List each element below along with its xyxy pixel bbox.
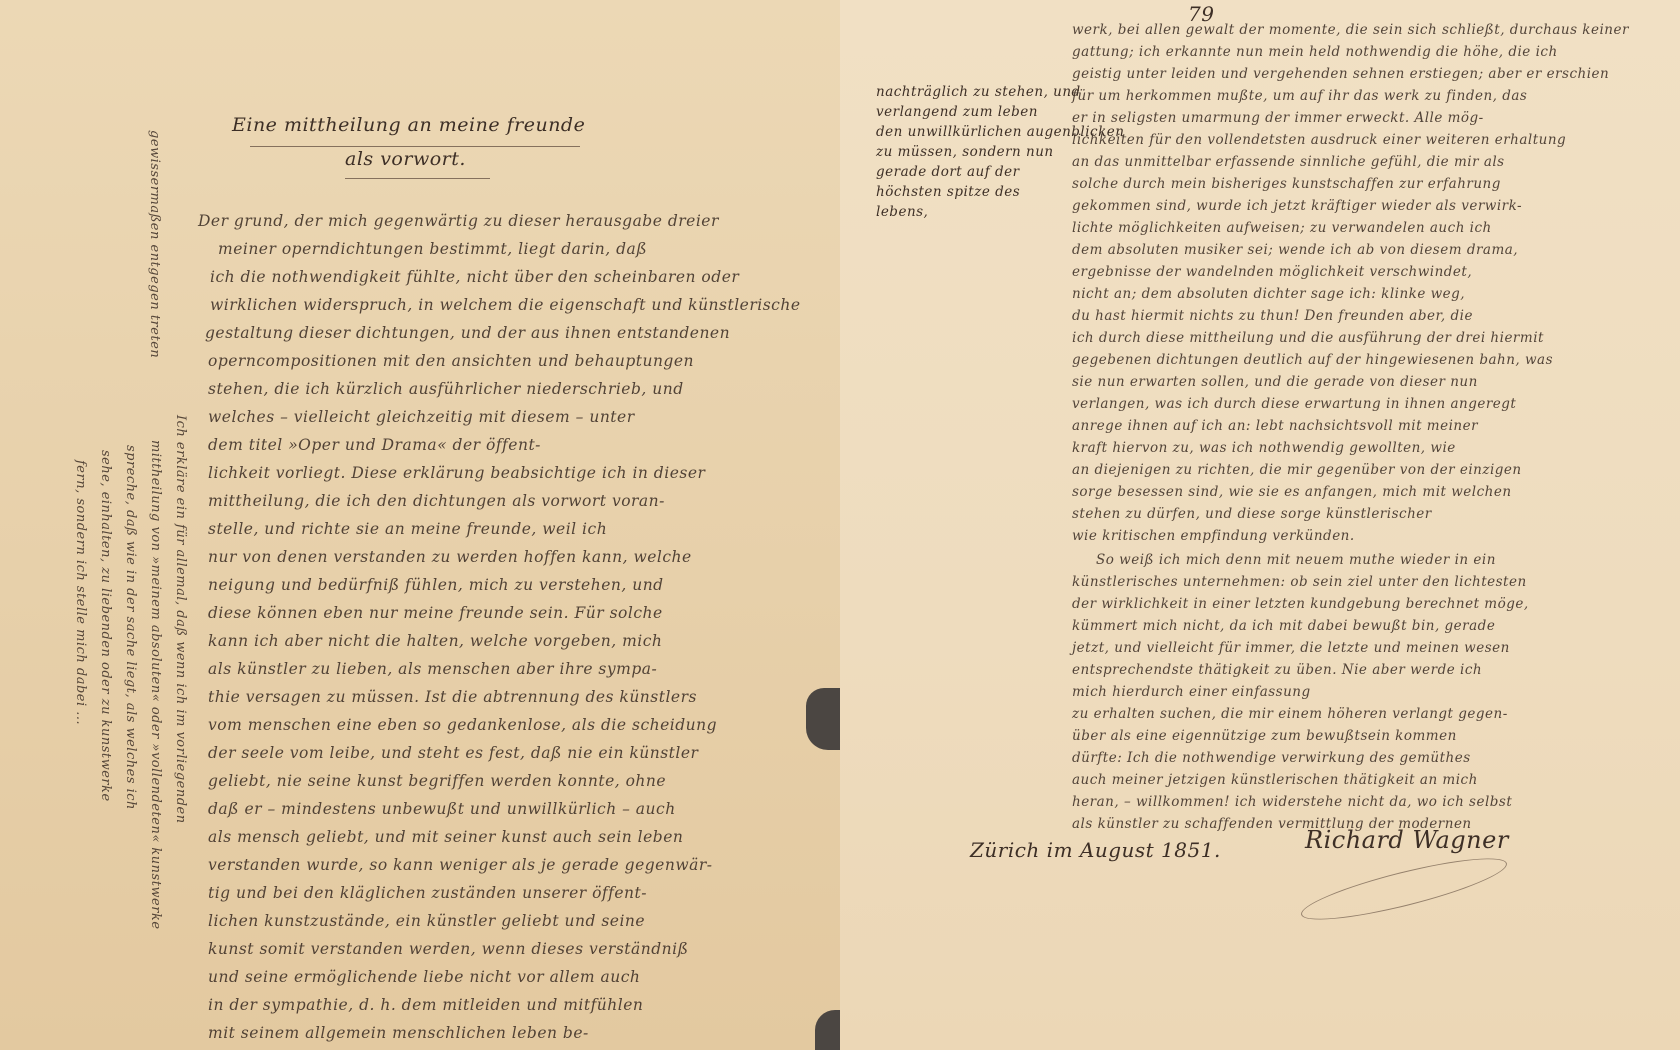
body-line: stehen, die ich kürzlich ausführlicher n… — [208, 380, 684, 398]
body-line: und seine ermöglichende liebe nicht vor … — [208, 968, 640, 986]
body-line: lichte möglichkeiten aufweisen; zu verwa… — [1072, 220, 1492, 236]
margin-note-line: spreche, daß wie in der sache liegt, als… — [123, 445, 138, 810]
torn-edge — [806, 688, 840, 750]
body-line: geistig unter leiden und vergehenden seh… — [1072, 66, 1609, 82]
body-line: wie kritischen empfindung verkünden. — [1072, 528, 1355, 544]
body-line: über als eine eigennützige zum bewußtsei… — [1072, 728, 1457, 744]
body-line: gegebenen dichtungen deutlich auf der hi… — [1072, 352, 1553, 368]
body-line: sorge besessen sind, wie sie es anfangen… — [1072, 484, 1512, 500]
body-line: operncompositionen mit den ansichten und… — [208, 352, 694, 370]
body-line: geliebt, nie seine kunst begriffen werde… — [208, 772, 666, 790]
body-line: er in seligsten umarmung der immer erwec… — [1072, 110, 1484, 126]
margin-note-line: lebens, — [876, 204, 928, 220]
body-line: als mensch geliebt, und mit seiner kunst… — [208, 828, 683, 846]
signature-flourish — [1297, 847, 1511, 931]
heading-underline-2 — [345, 178, 490, 179]
body-line: So weiß ich mich denn mit neuem muthe wi… — [1096, 552, 1496, 568]
body-line: heran, – willkommen! ich widerstehe nich… — [1072, 794, 1512, 810]
body-line: vom menschen eine eben so gedankenlose, … — [208, 716, 717, 734]
body-line: lichkeit vorliegt. Diese erklärung beabs… — [208, 464, 705, 482]
body-line: verlangen, was ich durch diese erwartung… — [1072, 396, 1516, 412]
body-line: gekommen sind, wurde ich jetzt kräftiger… — [1072, 198, 1522, 214]
manuscript-page-right: 79 nachträglich zu stehen, und verlangen… — [840, 0, 1680, 1050]
body-line: stehen zu dürfen, und diese sorge künstl… — [1072, 506, 1432, 522]
body-line: mit seinem allgemein menschlichen leben … — [208, 1024, 589, 1042]
margin-note-line: sehe, einhalten, zu liebenden oder zu ku… — [98, 450, 113, 802]
body-line: mittheilung, die ich den dichtungen als … — [208, 492, 665, 510]
body-line: wirklichen widerspruch, in welchem die e… — [210, 296, 801, 314]
body-line: welches – vielleicht gleichzeitig mit di… — [208, 408, 635, 426]
body-line: dem absoluten musiker sei; wende ich ab … — [1072, 242, 1518, 258]
body-line: kümmert mich nicht, da ich mit dabei bew… — [1072, 618, 1495, 634]
body-line: dürfte: Ich die nothwendige verwirkung d… — [1072, 750, 1471, 766]
body-line: an das unmittelbar erfassende sinnliche … — [1072, 154, 1505, 170]
body-line: an diejenigen zu richten, die mir gegenü… — [1072, 462, 1522, 478]
signature: Richard Wagner — [1305, 826, 1509, 854]
margin-note-line: gerade dort auf der — [876, 164, 1020, 180]
body-line: gestaltung dieser dichtungen, und der au… — [205, 324, 730, 342]
body-line: werk, bei allen gewalt der momente, die … — [1072, 22, 1629, 38]
closing-place-date: Zürich im August 1851. — [970, 838, 1221, 862]
body-line: lichkeiten für den vollendetsten ausdruc… — [1072, 132, 1566, 148]
body-line: solche durch mein bisheriges kunstschaff… — [1072, 176, 1501, 192]
body-line: lichen kunstzustände, ein künstler gelie… — [208, 912, 645, 930]
body-line: daß er – mindestens unbewußt und unwillk… — [208, 800, 676, 818]
manuscript-page-left: Eine mittheilung an meine freunde als vo… — [0, 0, 840, 1050]
body-line: ergebnisse der wandelnden möglichkeit ve… — [1072, 264, 1472, 280]
margin-note-line: zu müssen, sondern nun — [876, 144, 1054, 160]
margin-note-line: fern, sondern ich stelle mich dabei ... — [73, 460, 88, 725]
torn-edge — [815, 1010, 840, 1050]
body-line: diese können eben nur meine freunde sein… — [208, 604, 663, 622]
body-line: kann ich aber nicht die halten, welche v… — [208, 632, 662, 650]
body-line: nur von denen verstanden zu werden hoffe… — [208, 548, 692, 566]
body-line: tig und bei den kläglichen zuständen uns… — [208, 884, 647, 902]
body-line: thie versagen zu müssen. Ist die abtrenn… — [208, 688, 697, 706]
body-line: zu erhalten suchen, die mir einem höhere… — [1072, 706, 1508, 722]
body-line: Der grund, der mich gegenwärtig zu diese… — [198, 212, 719, 230]
body-line: ich durch diese mittheilung und die ausf… — [1072, 330, 1544, 346]
body-line: für um herkommen mußte, um auf ihr das w… — [1072, 88, 1527, 104]
body-line: kraft hiervon zu, was ich nothwendig gew… — [1072, 440, 1456, 456]
body-line: ich die nothwendigkeit fühlte, nicht übe… — [210, 268, 739, 286]
margin-note-line: nachträglich zu stehen, und — [876, 84, 1081, 100]
body-line: meiner operndichtungen bestimmt, liegt d… — [218, 240, 647, 258]
heading-underline-1 — [250, 146, 580, 147]
body-line: mich hierdurch einer einfassung — [1072, 684, 1311, 700]
body-line: der seele vom leibe, und steht es fest, … — [208, 744, 698, 762]
margin-note-line: mittheilung von »meinem absoluten« oder … — [148, 440, 163, 930]
body-line: stelle, und richte sie an meine freunde,… — [208, 520, 607, 538]
body-line: in der sympathie, d. h. dem mitleiden un… — [208, 996, 643, 1014]
body-line: jetzt, und vielleicht für immer, die let… — [1072, 640, 1510, 656]
body-line: auch meiner jetzigen künstlerischen thät… — [1072, 772, 1478, 788]
body-line: du hast hiermit nichts zu thun! Den freu… — [1072, 308, 1473, 324]
body-line: kunst somit verstanden werden, wenn dies… — [208, 940, 688, 958]
body-line: anrege ihnen auf ich an: lebt nachsichts… — [1072, 418, 1478, 434]
body-line: neigung und bedürfniß fühlen, mich zu ve… — [208, 576, 664, 594]
heading-line-1: Eine mittheilung an meine freunde — [232, 114, 585, 136]
body-line: der wirklichkeit in einer letzten kundge… — [1072, 596, 1529, 612]
margin-note-line: verlangend zum leben — [876, 104, 1038, 120]
body-line: entsprechendste thätigkeit zu üben. Nie … — [1072, 662, 1482, 678]
margin-note-outer: gewissermaßen entgegen treten — [147, 130, 162, 358]
body-line: verstanden wurde, so kann weniger als je… — [208, 856, 713, 874]
body-line: als künstler zu lieben, als menschen abe… — [208, 660, 657, 678]
body-line: gattung; ich erkannte nun mein held noth… — [1072, 44, 1558, 60]
body-line: dem titel »Oper und Drama« der öffent- — [208, 436, 541, 454]
body-line: sie nun erwarten sollen, und die gerade … — [1072, 374, 1478, 390]
margin-note-line: höchsten spitze des — [876, 184, 1020, 200]
body-line: künstlerisches unternehmen: ob sein ziel… — [1072, 574, 1527, 590]
heading-line-2: als vorwort. — [345, 148, 466, 170]
margin-note-line: Ich erkläre ein für allemal, daß wenn ic… — [173, 415, 188, 824]
body-line: nicht an; dem absoluten dichter sage ich… — [1072, 286, 1465, 302]
